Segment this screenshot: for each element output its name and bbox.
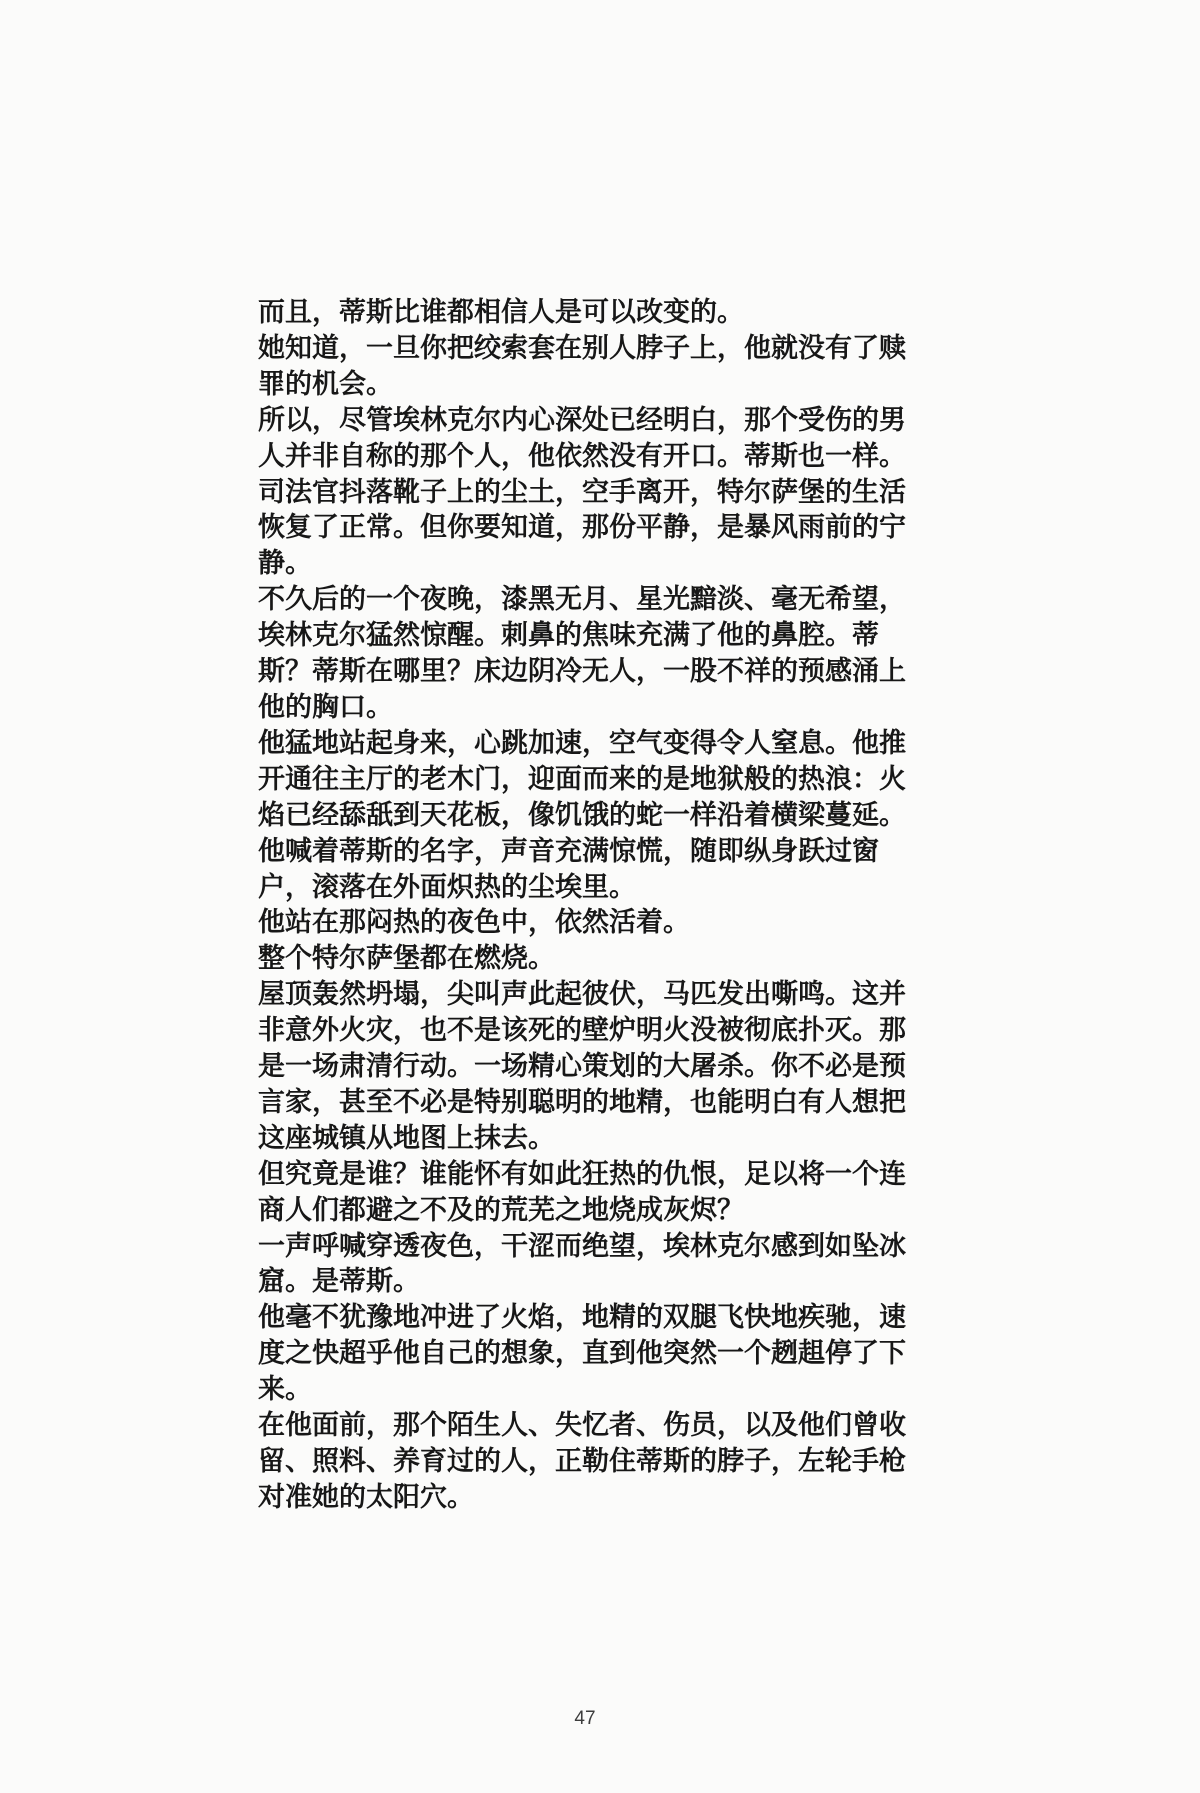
text-line: 他喊着蒂斯的名字，声音充满惊慌，随即纵身跃过窗 [258,834,958,870]
text-line: 他毫不犹豫地冲进了火焰，地精的双腿飞快地疾驰，速 [258,1300,958,1336]
text-line: 恢复了正常。但你要知道，那份平静，是暴风雨前的宁 [258,510,958,546]
paragraph: 他毫不犹豫地冲进了火焰，地精的双腿飞快地疾驰，速度之快超乎他自己的想象，直到他突… [258,1300,958,1408]
text-line: 所以，尽管埃林克尔内心深处已经明白，那个受伤的男 [258,403,958,439]
text-line: 非意外火灾，也不是该死的壁炉明火没被彻底扑灭。那 [258,1013,958,1049]
text-line: 整个特尔萨堡都在燃烧。 [258,941,958,977]
page-text: 而且，蒂斯比谁都相信人是可以改变的。她知道，一旦你把绞索套在别人脖子上，他就没有… [258,295,958,1516]
text-line: 留、照料、养育过的人，正勒住蒂斯的脖子，左轮手枪 [258,1444,958,1480]
text-line: 来。 [258,1372,958,1408]
text-line: 他站在那闷热的夜色中，依然活着。 [258,905,958,941]
text-line: 司法官抖落靴子上的尘土，空手离开，特尔萨堡的生活 [258,475,958,511]
text-line: 但究竟是谁？谁能怀有如此狂热的仇恨，足以将一个连 [258,1157,958,1193]
text-line: 户，滚落在外面炽热的尘埃里。 [258,870,958,906]
text-line: 罪的机会。 [258,367,958,403]
text-line: 开通往主厅的老木门，迎面而来的是地狱般的热浪：火 [258,762,958,798]
text-line: 斯？蒂斯在哪里？床边阴冷无人，一股不祥的预感涌上 [258,654,958,690]
paragraph: 不久后的一个夜晚，漆黑无月、星光黯淡、毫无希望，埃林克尔猛然惊醒。刺鼻的焦味充满… [258,582,958,726]
text-line: 这座城镇从地图上抹去。 [258,1121,958,1157]
text-line: 静。 [258,546,958,582]
text-line: 焰已经舔舐到天花板，像饥饿的蛇一样沿着横梁蔓延。 [258,798,958,834]
text-line: 人并非自称的那个人，他依然没有开口。蒂斯也一样。 [258,439,958,475]
paragraph: 整个特尔萨堡都在燃烧。 [258,941,958,977]
paragraph: 他站在那闷热的夜色中，依然活着。 [258,905,958,941]
paragraph: 司法官抖落靴子上的尘土，空手离开，特尔萨堡的生活恢复了正常。但你要知道，那份平静… [258,475,958,583]
page-number: 47 [554,1708,616,1730]
paragraph: 所以，尽管埃林克尔内心深处已经明白，那个受伤的男人并非自称的那个人，他依然没有开… [258,403,958,475]
paragraph: 他猛地站起身来，心跳加速，空气变得令人窒息。他推开通往主厅的老木门，迎面而来的是… [258,726,958,906]
text-line: 她知道，一旦你把绞索套在别人脖子上，他就没有了赎 [258,331,958,367]
paragraph: 一声呼喊穿透夜色，干涩而绝望，埃林克尔感到如坠冰窟。是蒂斯。 [258,1229,958,1301]
text-line: 商人们都避之不及的荒芜之地烧成灰烬？ [258,1193,958,1229]
text-line: 度之快超乎他自己的想象，直到他突然一个趔趄停了下 [258,1336,958,1372]
text-line: 他的胸口。 [258,690,958,726]
book-page: 而且，蒂斯比谁都相信人是可以改变的。她知道，一旦你把绞索套在别人脖子上，他就没有… [0,0,1200,1793]
paragraph: 而且，蒂斯比谁都相信人是可以改变的。 [258,295,958,331]
text-line: 在他面前，那个陌生人、失忆者、伤员，以及他们曾收 [258,1408,958,1444]
text-line: 他猛地站起身来，心跳加速，空气变得令人窒息。他推 [258,726,958,762]
text-line: 对准她的太阳穴。 [258,1480,958,1516]
text-line: 埃林克尔猛然惊醒。刺鼻的焦味充满了他的鼻腔。蒂 [258,618,958,654]
paragraph: 在他面前，那个陌生人、失忆者、伤员，以及他们曾收留、照料、养育过的人，正勒住蒂斯… [258,1408,958,1516]
text-line: 不久后的一个夜晚，漆黑无月、星光黯淡、毫无希望， [258,582,958,618]
text-line: 一声呼喊穿透夜色，干涩而绝望，埃林克尔感到如坠冰 [258,1229,958,1265]
paragraph: 但究竟是谁？谁能怀有如此狂热的仇恨，足以将一个连商人们都避之不及的荒芜之地烧成灰… [258,1157,958,1229]
text-line: 窟。是蒂斯。 [258,1264,958,1300]
paragraph: 她知道，一旦你把绞索套在别人脖子上，他就没有了赎罪的机会。 [258,331,958,403]
text-line: 屋顶轰然坍塌，尖叫声此起彼伏，马匹发出嘶鸣。这并 [258,977,958,1013]
text-line: 言家，甚至不必是特别聪明的地精，也能明白有人想把 [258,1085,958,1121]
text-line: 而且，蒂斯比谁都相信人是可以改变的。 [258,295,958,331]
text-line: 是一场肃清行动。一场精心策划的大屠杀。你不必是预 [258,1049,958,1085]
paragraph: 屋顶轰然坍塌，尖叫声此起彼伏，马匹发出嘶鸣。这并非意外火灾，也不是该死的壁炉明火… [258,977,958,1157]
